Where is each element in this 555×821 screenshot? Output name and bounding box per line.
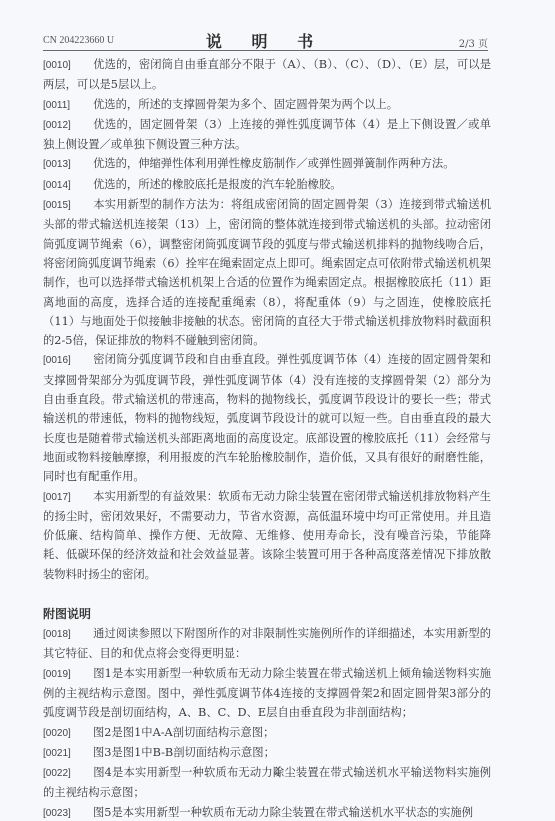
paragraph-text: 图5是本实用新型一种软质布无动力除尘装置在带式输送机水平状态的实施例 — [93, 806, 473, 819]
paragraph: [0012]优选的，固定圆骨架（3）上连接的弹性弧度调节体（4）是上下侧设置／或… — [43, 115, 491, 155]
document-title: 说 明 书 — [43, 29, 488, 52]
paragraph: [0023]图5是本实用新型一种软质布无动力除尘装置在带式输送机水平状态的实施例 — [43, 803, 491, 821]
paragraph: [0018]通过阅读参照以下附图所作的对非限制性实施例所作的详细描述，本实用新型… — [43, 624, 491, 664]
paragraph-number: [0010] — [43, 56, 93, 75]
page-header: CN 204223660 U 说 明 书 2/3 页 — [43, 28, 488, 51]
paragraph-text: 优选的，所述的支撑圆骨架为多个、固定圆骨架为两个以上。 — [93, 98, 398, 111]
paragraph-text: 本实用新型的有益效果：软质布无动力除尘装置在密闭带式输送机排放物料产生的扬尘时，… — [43, 490, 491, 581]
paragraph-number: [0013] — [43, 155, 93, 174]
paragraph: [0016]密闭筒分弧度调节段和自由垂直段。弹性弧度调节体（4）连接的固定圆骨架… — [43, 350, 491, 486]
paragraph-text: 密闭筒分弧度调节段和自由垂直段。弹性弧度调节体（4）连接的固定圆骨架和支撑圆骨架… — [43, 353, 491, 483]
paragraph: [0010]优选的，密闭筒自由垂直部分不限于（A）、（B）、（C）、（D）、（E… — [43, 55, 491, 95]
paragraph: [0013]优选的，伸缩弹性体利用弹性橡皮筋制作／或弹性圆弹簧制作两种方法。 — [43, 154, 491, 174]
paragraph-number: [0019] — [43, 665, 93, 684]
paragraph: [0015]本实用新型的制作方法为：将组成密闭筒的固定圆骨架（3）连接到带式输送… — [43, 195, 491, 350]
paragraph-number: [0018] — [43, 625, 93, 644]
paragraph: [0017]本实用新型的有益效果：软质布无动力除尘装置在密闭带式输送机排放物料产… — [43, 487, 491, 584]
paragraph: [0019]图1是本实用新型一种软质布无动力除尘装置在带式输送机上倾角输送物料实… — [43, 664, 491, 723]
paragraph-number: [0017] — [43, 488, 93, 507]
paragraph-number: [0015] — [43, 196, 93, 215]
document-page: CN 204223660 U 说 明 书 2/3 页 [0010]优选的，密闭筒… — [0, 0, 555, 821]
paragraph-text: 图2是图1中A-A剖切面结构示意图； — [93, 726, 274, 739]
paragraph: [0011]优选的，所述的支撑圆骨架为多个、固定圆骨架为两个以上。 — [43, 95, 491, 115]
paragraph-number: [0014] — [43, 176, 93, 195]
paragraph-text: 优选的，所述的橡胶底托是报废的汽车轮胎橡胶。 — [93, 178, 342, 191]
document-body: [0010]优选的，密闭筒自由垂直部分不限于（A）、（B）、（C）、（D）、（E… — [43, 55, 491, 821]
paragraph-text: 优选的，伸缩弹性体利用弹性橡皮筋制作／或弹性圆弹簧制作两种方法。 — [93, 157, 455, 170]
paragraph-number: [0016] — [43, 351, 93, 370]
paragraph-text: 优选的，密闭筒自由垂直部分不限于（A）、（B）、（C）、（D）、（E）层，可以是… — [43, 58, 491, 91]
page-indicator: 2/3 页 — [459, 35, 488, 50]
paragraph-number: [0012] — [43, 116, 93, 135]
paragraph-number: [0023] — [43, 804, 93, 821]
paragraph-text: 优选的，固定圆骨架（3）上连接的弹性弧度调节体（4）是上下侧设置／或单独上侧设置… — [43, 118, 491, 151]
paragraph: [0014]优选的，所述的橡胶底托是报废的汽车轮胎橡胶。 — [43, 175, 491, 195]
paragraph: [0020]图2是图1中A-A剖切面结构示意图； — [43, 723, 491, 743]
paragraph-text: 图1是本实用新型一种软质布无动力除尘装置在带式输送机上倾角输送物料实施例的主视结… — [43, 667, 491, 720]
paragraph-number: [0020] — [43, 724, 93, 743]
page-number: 4 — [0, 766, 555, 779]
paragraph-text: 图3是图1中B-B剖切面结构示意图； — [93, 746, 275, 759]
paragraph-number: [0021] — [43, 744, 93, 763]
paragraph: [0021]图3是图1中B-B剖切面结构示意图； — [43, 743, 491, 763]
paragraph-text: 本实用新型的制作方法为：将组成密闭筒的固定圆骨架（3）连接到带式输送机头部的带式… — [43, 198, 491, 347]
paragraph-text: 通过阅读参照以下附图所作的对非限制性实施例所作的详细描述，本实用新型的其它特征、… — [43, 627, 491, 660]
paragraph-number: [0011] — [43, 96, 93, 115]
section-heading: 附图说明 — [43, 604, 491, 624]
